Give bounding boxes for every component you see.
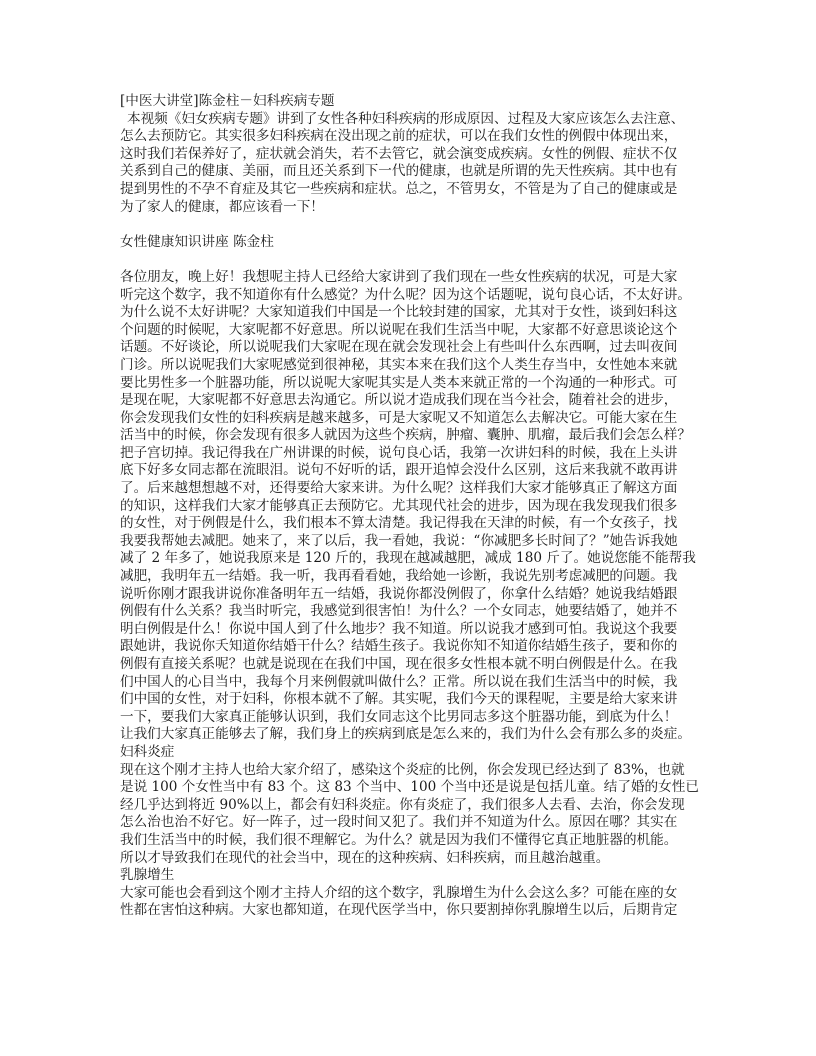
document-title: [中医大讲堂]陈金柱－妇科疾病专题 <box>120 93 712 111</box>
section-heading: 妇科炎症 <box>120 744 712 762</box>
spacer <box>120 251 712 269</box>
body-line: 活当中的时候，你会发现有很多人就因为这些个疾病，肿瘤、囊肿、肌瘤，最后我们会怎么… <box>120 427 712 445</box>
body-line: 的女性，对于例假是什么，我们根本不算太清楚。我记得我在天津的时候，有一个女孩子，… <box>120 515 712 533</box>
body-line: 要比男性多一个脏器功能，所以说呢大家呢其实是人类本来就正常的一个沟通的一种形式。… <box>120 375 712 393</box>
intro-line: 关系到自己的健康、美丽，而且还关系到下一代的健康，也就是所谓的先天性疾病。其中也… <box>120 163 712 181</box>
intro-line: 为了家人的健康，都应该看一下！ <box>120 199 712 217</box>
body-line: 们中国的女性，对于妇科，你根本就不了解。其实呢，我们今天的课程呢，主要是给大家来… <box>120 691 712 709</box>
body-line: 经几乎达到将近 90%以上，都会有妇科炎症。你有炎症了，我们很多人去看、去治，你… <box>120 797 712 815</box>
intro-line: 这时我们若保养好了，症状就会消失，若不去管它，就会演变成疾病。女性的例假、症状不… <box>120 146 712 164</box>
body-line: 性都在害怕这种病。大家也都知道，在现代医学当中，你只要割掉你乳腺增生以后，后期肯… <box>120 902 712 920</box>
body-line: 所以才导致我们在现代的社会当中，现在的这种疾病、妇科疾病，而且越治越重。 <box>120 850 712 868</box>
body-line: 大家可能也会看到这个刚才主持人介绍的这个数字，乳腺增生为什么会这么多？可能在座的… <box>120 885 712 903</box>
section-opening: 各位朋友，晚上好！我想呢主持人已经给大家讲到了我们现在一些女性疾病的状况，可是大… <box>120 269 712 744</box>
body-line: 例假有直接关系呢？也就是说现在在我们中国，现在很多女性根本就不明白例假是什么。在… <box>120 656 712 674</box>
section-breast-hyperplasia: 乳腺增生 大家可能也会看到这个刚才主持人介绍的这个数字，乳腺增生为什么会这么多？… <box>120 867 712 920</box>
body-line: 们中国人的心目当中，我每个月来例假就叫做什么？正常。所以说在我们生活当中的时候，… <box>120 674 712 692</box>
body-line: 我要我帮她去减肥。她来了，来了以后，我一看她，我说：“你减肥多长时间了？”她告诉… <box>120 533 712 551</box>
intro-line: 提到男性的不孕不育症及其它一些疾病和症状。总之，不管男女，不管是为了自己的健康或… <box>120 181 712 199</box>
body-line: 明白例假是什么！你说中国人到了什么地步？我不知道。所以说我才感到可怕。我说这个我… <box>120 621 712 639</box>
body-line: 门诊。所以说呢我们大家呢感觉到很神秘，其实本来在我们这个人类生存当中，女性她本来… <box>120 357 712 375</box>
document-page: [中医大讲堂]陈金柱－妇科疾病专题 本视频《妇女疾病专题》讲到了女性各种妇科疾病… <box>120 93 712 920</box>
body-line: 你会发现我们女性的妇科疾病是越来越多，可是大家呢又不知道怎么去解决它。可能大家在… <box>120 410 712 428</box>
body-line: 说听你刚才跟我讲说你准备明年五一结婚，我说你都没例假了，你拿什么结婚？她说我结婚… <box>120 586 712 604</box>
body-line: 为什么说不太好讲呢？大家知道我们中国是一个比较封建的国家，尤其对于女性，谈到妇科… <box>120 304 712 322</box>
body-line: 听完这个数字，我不知道你有什么感觉？为什么呢？因为这个话题呢，说句良心话，不太好… <box>120 287 712 305</box>
body-line: 我们生活当中的时候，我们很不理解它。为什么？就是因为我们不懂得它真正地脏器的机能… <box>120 832 712 850</box>
intro-line: 本视频《妇女疾病专题》讲到了女性各种妇科疾病的形成原因、过程及大家应该怎么去注意… <box>120 111 712 129</box>
body-line: 一下，要我们大家真正能够认识到，我们女同志这个比男同志多这个脏器功能，到底为什么… <box>120 709 712 727</box>
spacer <box>120 216 712 234</box>
body-line: 底下好多女同志都在流眼泪。说句不好听的话，跟开追悼会没什么区别，这后来我就不敢再… <box>120 462 712 480</box>
body-line: 例假有什么关系？我当时听完，我感觉到很害怕！为什么？一个女同志，她要结婚了，她并… <box>120 603 712 621</box>
body-line: 了。后来越想想越不对，还得要给大家来讲。为什么呢？这样我们大家才能够真正了解这方… <box>120 480 712 498</box>
body-line: 是现在呢，大家呢都不好意思去沟通它。所以说才造成我们现在当今社会，随着社会的进步… <box>120 392 712 410</box>
intro-line: 怎么去预防它。其实很多妇科疾病在没出现之前的症状，可以在我们女性的例假中体现出来… <box>120 128 712 146</box>
body-line: 把子宫切掉。我记得我在广州讲课的时候，说句良心话，我第一次讲妇科的时候，我在上头… <box>120 445 712 463</box>
body-line: 减肥，我明年五一结婚。我一听，我再看看她，我给她一诊断，我说先别考虑减肥的问题。… <box>120 568 712 586</box>
body-line: 现在这个刚才主持人也给大家介绍了，感染这个炎症的比例，你会发现已经达到了 83%… <box>120 762 712 780</box>
body-line: 话题。不好谈论，所以说呢我们大家呢在现在就会发现社会上有些叫什么东西啊，过去叫夜… <box>120 339 712 357</box>
section-heading: 乳腺增生 <box>120 867 712 885</box>
section-gynecologic-inflammation: 妇科炎症 现在这个刚才主持人也给大家介绍了，感染这个炎症的比例，你会发现已经达到… <box>120 744 712 867</box>
body-line: 让我们大家真正能够去了解，我们身上的疾病到底是怎么来的，我们为什么会有那么多的炎… <box>120 726 712 744</box>
body-line: 减了 2 年多了，她说我原来是 120 斤的，我现在越减越肥，减成 180 斤了… <box>120 550 712 568</box>
body-line: 的知识，这样我们大家才能够真正去预防它。尤其现代社会的进步，因为现在我发现我们很… <box>120 498 712 516</box>
body-line: 是说 100 个女性当中有 83 个。这 83 个当中、100 个当中还是说是包… <box>120 779 712 797</box>
body-line: 怎么治也治不好它。好一阵子，过一段时间又犯了。我们并不知道为什么。原因在哪？其实… <box>120 814 712 832</box>
lecture-title: 女性健康知识讲座 陈金柱 <box>120 234 712 252</box>
intro-paragraph: 本视频《妇女疾病专题》讲到了女性各种妇科疾病的形成原因、过程及大家应该怎么去注意… <box>120 111 712 217</box>
body-line: 个问题的时候呢，大家呢都不好意思。所以说呢在我们生活当中呢，大家都不好意思谈论这… <box>120 322 712 340</box>
body-line: 各位朋友，晚上好！我想呢主持人已经给大家讲到了我们现在一些女性疾病的状况，可是大… <box>120 269 712 287</box>
body-line: 跟她讲，我说你夭知道你结婚干什么？结婚生孩子。我说你知不知道你结婚生孩子，要和你… <box>120 638 712 656</box>
